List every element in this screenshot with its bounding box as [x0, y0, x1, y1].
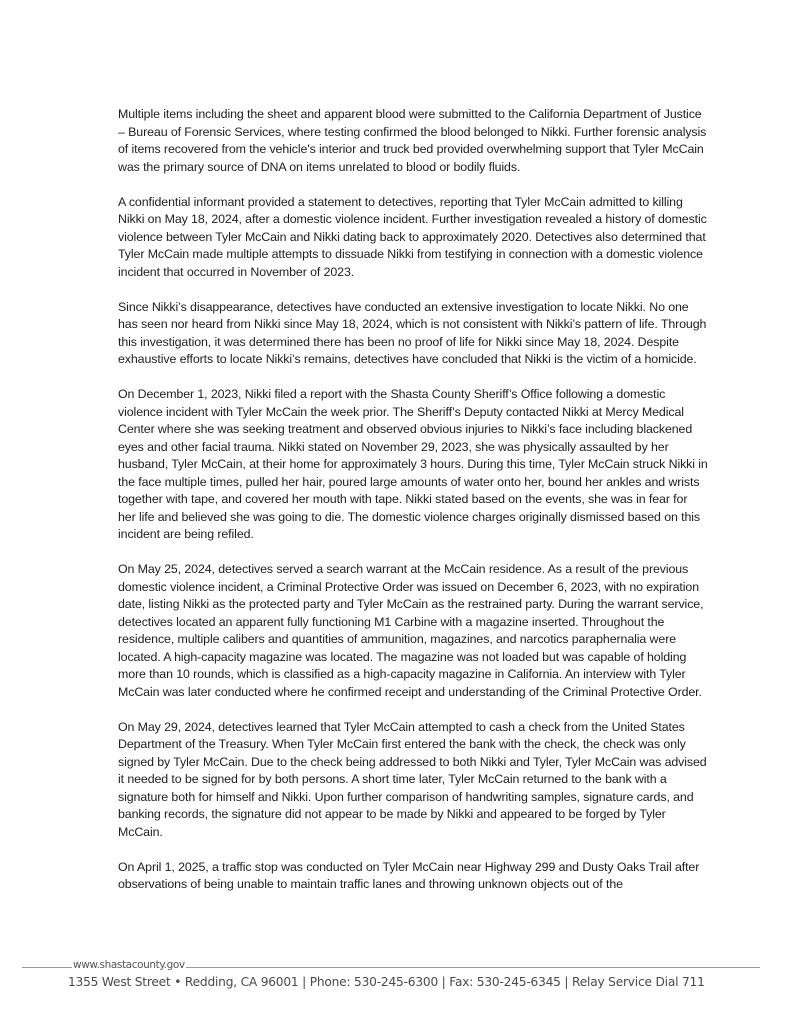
paragraph-disappearance: Since Nikki’s disappearance, detectives …: [118, 299, 708, 369]
paragraph-dv-incident-report: On December 1, 2023, Nikki filed a repor…: [118, 386, 708, 544]
footer-website-link[interactable]: www.shastacounty.gov: [72, 958, 186, 972]
paragraph-informant-statement: A confidential informant provided a stat…: [118, 194, 708, 282]
paragraph-check-fraud: On May 29, 2024, detectives learned that…: [118, 719, 708, 842]
paragraph-search-warrant: On May 25, 2024, detectives served a sea…: [118, 561, 708, 701]
paragraph-traffic-stop: On April 1, 2025, a traffic stop was con…: [118, 859, 708, 894]
document-page: Multiple items including the sheet and a…: [0, 0, 792, 1024]
footer-contact-info: 1355 West Street • Redding, CA 96001 | P…: [68, 974, 728, 990]
paragraph-forensic-evidence: Multiple items including the sheet and a…: [118, 106, 708, 176]
document-body: Multiple items including the sheet and a…: [118, 106, 708, 911]
